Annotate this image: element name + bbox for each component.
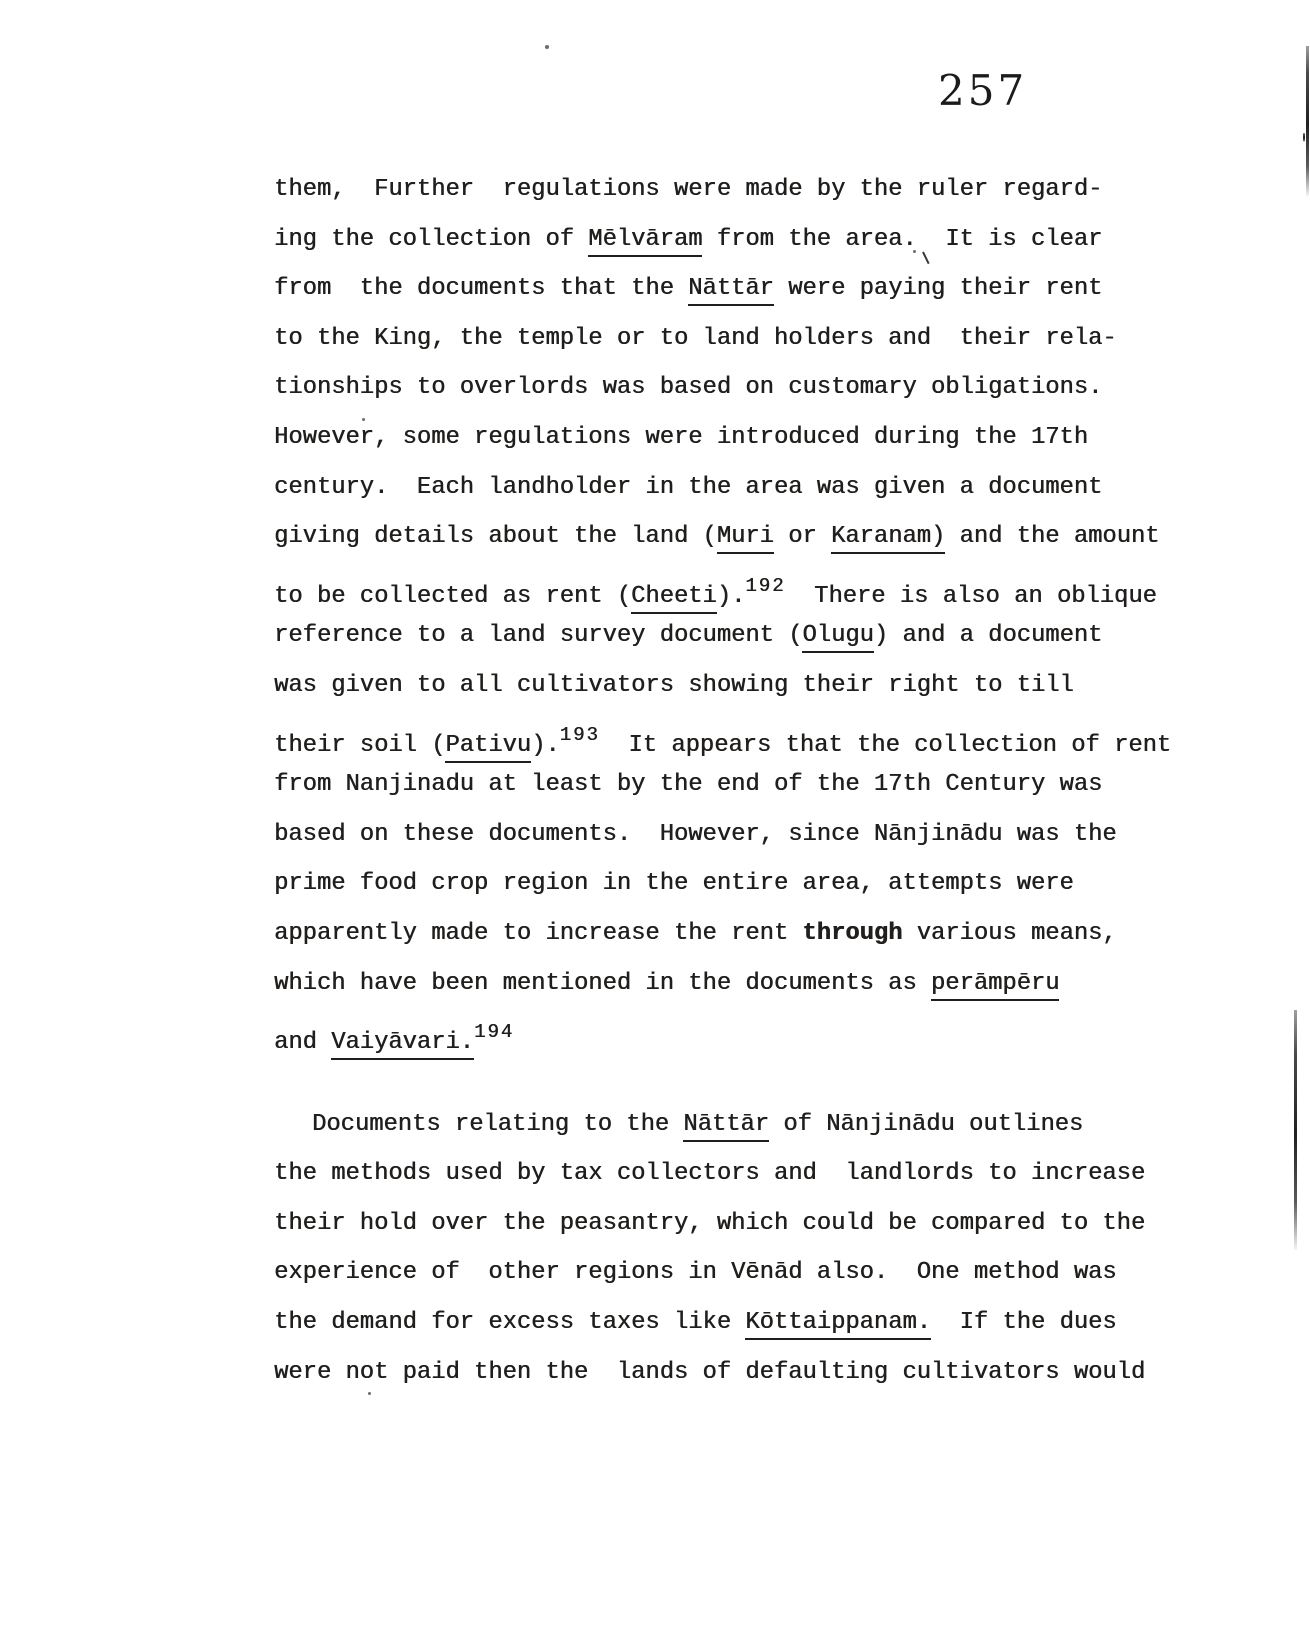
text-line: to the King, the temple or to land holde…	[274, 314, 1171, 364]
scan-tick-right	[1303, 133, 1305, 142]
text-line: their soil (Pativu).193 It appears that …	[274, 711, 1171, 761]
text-line: from Nanjinadu at least by the end of th…	[274, 760, 1171, 810]
page-number: 257	[938, 70, 1027, 112]
text-line: was given to all cultivators showing the…	[274, 661, 1171, 711]
text-line: tionships to overlords was based on cust…	[274, 363, 1171, 413]
page: 257 them, Further regulations were made …	[0, 0, 1310, 1648]
text-line: which have been mentioned in the documen…	[274, 959, 1171, 1009]
text-line: were not paid then the lands of defaulti…	[274, 1348, 1171, 1398]
scan-line-top-right	[1306, 46, 1309, 196]
text-line: experience of other regions in Vēnād als…	[274, 1248, 1171, 1298]
text-line: However, some regulations were introduce…	[274, 413, 1171, 463]
text-line: century. Each landholder in the area was…	[274, 463, 1171, 513]
text-line: prime food crop region in the entire are…	[274, 859, 1171, 909]
speck-top-center	[545, 45, 549, 49]
footnote-ref: 194	[474, 1021, 514, 1043]
text-line: ing the collection of Mēlvāram from the …	[274, 215, 1171, 265]
scan-line-mid-right	[1294, 1010, 1297, 1250]
document-page: { "colors": { "ink": "#211f1d", "paper":…	[0, 0, 1310, 1648]
speck-mid-left	[362, 418, 365, 421]
text-body: them, Further regulations were made by t…	[274, 165, 1171, 1397]
text-line: to be collected as rent (Cheeti).192 The…	[274, 562, 1171, 612]
text-line: from the documents that the Nāttār were …	[274, 264, 1171, 314]
text-line: giving details about the land (Muri or K…	[274, 512, 1171, 562]
text-line: the methods used by tax collectors and l…	[274, 1149, 1171, 1199]
paragraph: them, Further regulations were made by t…	[274, 165, 1171, 1058]
text-line: apparently made to increase the rent thr…	[274, 909, 1171, 959]
text-line: them, Further regulations were made by t…	[274, 165, 1171, 215]
text-line: the demand for excess taxes like Kōttaip…	[274, 1298, 1171, 1348]
speck-under-area	[913, 250, 916, 253]
text-line: based on these documents. However, since…	[274, 810, 1171, 860]
text-line: their hold over the peasantry, which cou…	[274, 1199, 1171, 1249]
speck-bottom	[368, 1392, 371, 1395]
footnote-ref: 193	[560, 724, 600, 746]
text-line: reference to a land survey document (Olu…	[274, 611, 1171, 661]
text-line: and Vaiyāvari.194	[274, 1008, 1171, 1058]
paragraph: Documents relating to the Nāttār of Nānj…	[274, 1100, 1171, 1398]
footnote-ref: 192	[745, 575, 785, 597]
text-line: Documents relating to the Nāttār of Nānj…	[274, 1100, 1171, 1150]
